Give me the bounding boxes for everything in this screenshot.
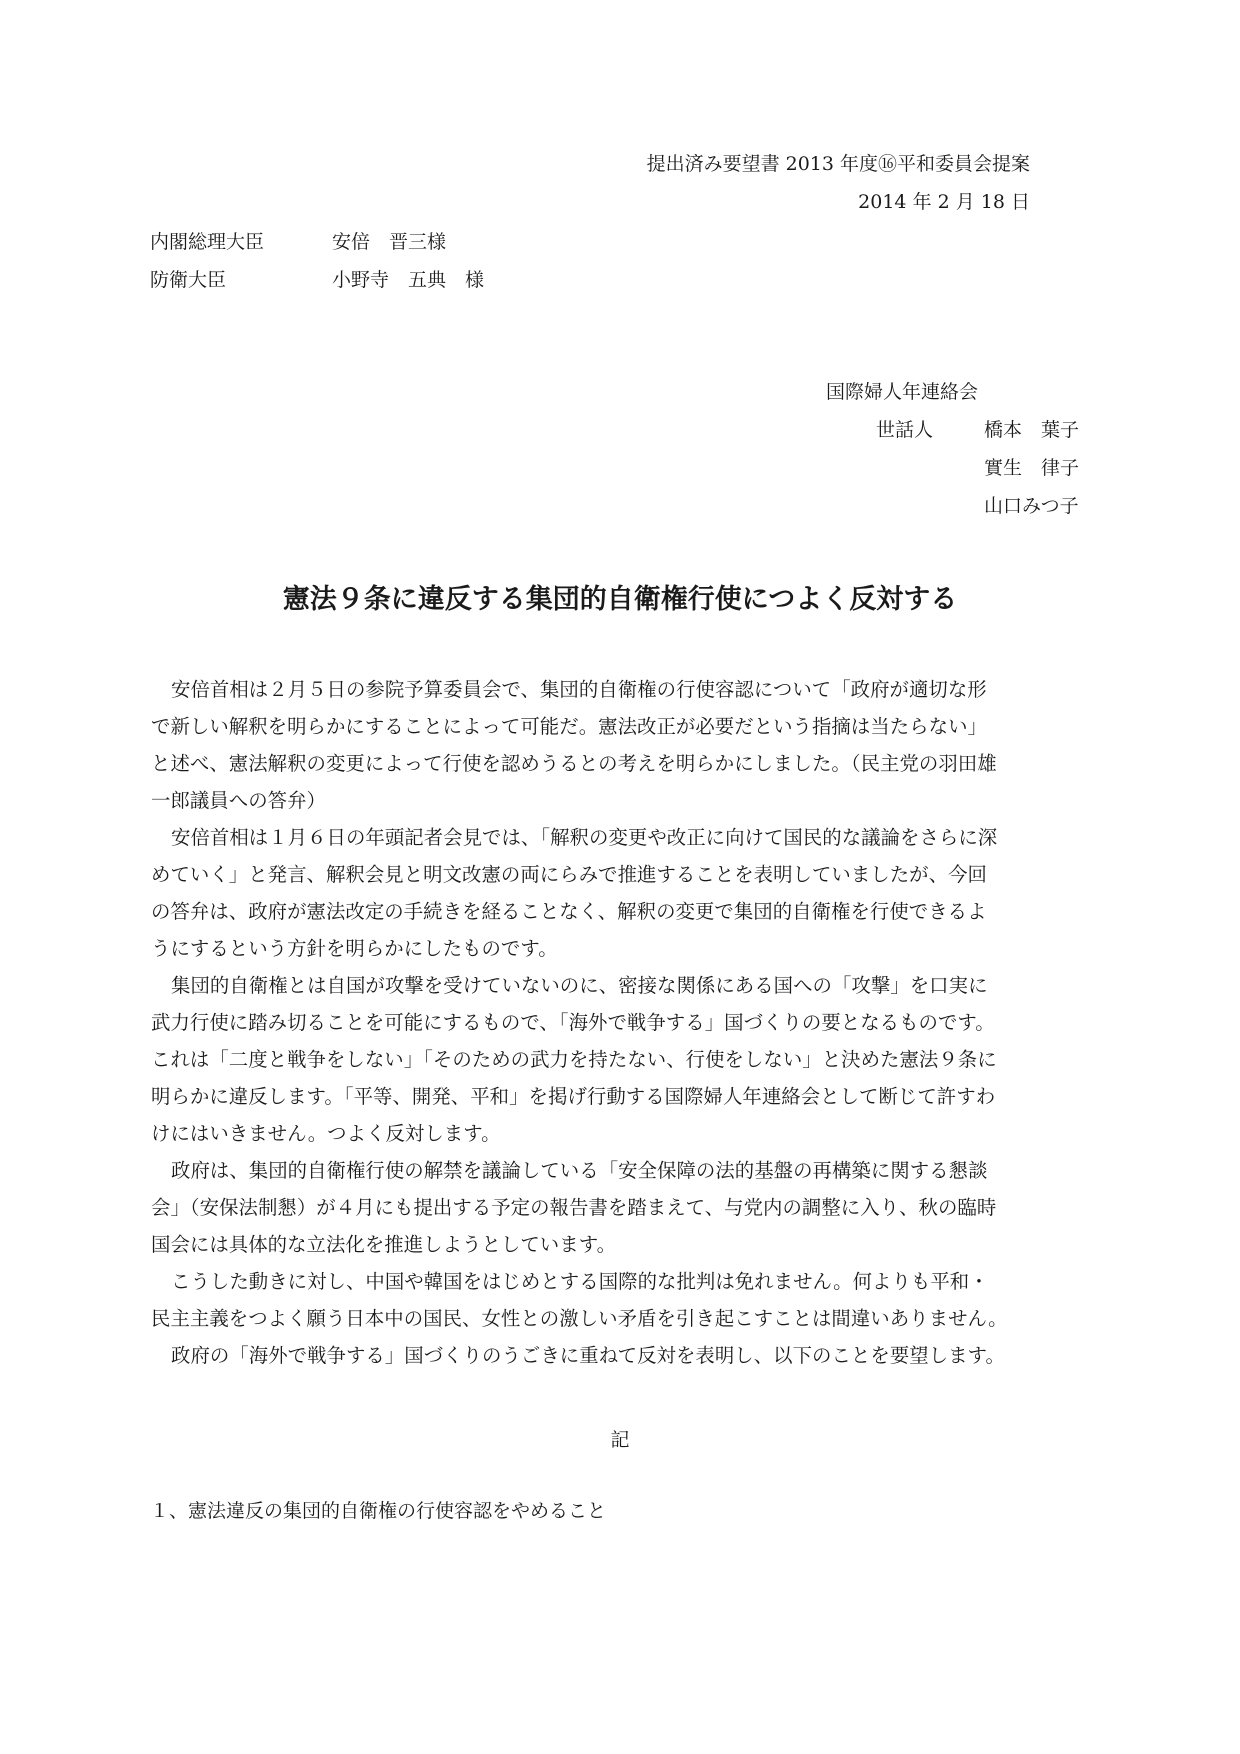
document-page: 提出済み要望書 2013 年度⑯平和委員会提案 2014 年 2 月 18 日 … [0, 0, 1240, 1754]
sender-organization: 国際婦人年連絡会 [826, 378, 978, 406]
recipient-name: 安倍 晋三様 [332, 228, 446, 256]
body-line: 一郎議員への答弁） [151, 787, 1101, 815]
body-line: けにはいきません。つよく反対します。 [151, 1120, 1101, 1148]
body-line: 集団的自衛権とは自国が攻撃を受けていないのに、密接な関係にある国への「攻撃」を口… [151, 972, 1121, 1000]
recipient-name: 小野寺 五典 様 [332, 266, 484, 294]
body-line: 政府の「海外で戦争する」国づくりのうごきに重ねて反対を表明し、以下のことを要望し… [151, 1342, 1121, 1370]
body-line: 政府は、集団的自衛権行使の解禁を議論している「安全保障の法的基盤の再構築に関する… [151, 1157, 1121, 1185]
recipient-title: 防衛大臣 [150, 266, 226, 294]
body-line: 武力行使に踏み切ることを可能にするもので、「海外で戦争する」国づくりの要となるも… [151, 1009, 1101, 1037]
body-line: 国会には具体的な立法化を推進しようとしています。 [151, 1231, 1101, 1259]
body-line: うにするという方針を明らかにしたものです。 [151, 935, 1101, 963]
body-line: こうした動きに対し、中国や韓国をはじめとする国際的な批判は免れません。何よりも平… [151, 1268, 1121, 1296]
demand-item: １、憲法違反の集団的自衛権の行使容認をやめること [150, 1497, 606, 1525]
body-line: 民主主義をつよく願う日本中の国民、女性との激しい矛盾を引き起こすことは間違いあり… [151, 1305, 1101, 1333]
recipient-title: 内閣総理大臣 [150, 228, 264, 256]
body-line: で新しい解釈を明らかにすることによって可能だ。憲法改正が必要だという指摘は当たら… [151, 713, 1101, 741]
sender-member: 橋本 葉子 [984, 416, 1079, 444]
body-line: これは「二度と戦争をしない」「そのための武力を持たない、行使をしない」と決めた憲… [151, 1046, 1101, 1074]
body-line: と述べ、憲法解釈の変更によって行使を認めうるとの考えを明らかにしました。（民主党… [151, 750, 1101, 778]
record-heading: 記 [0, 1426, 1240, 1454]
sender-role: 世話人 [876, 416, 933, 444]
body-line: 明らかに違反します。「平等、開発、平和」を掲げ行動する国際婦人年連絡会として断じ… [151, 1083, 1101, 1111]
document-reference: 提出済み要望書 2013 年度⑯平和委員会提案 [500, 150, 1030, 178]
body-line: 安倍首相は１月６日の年頭記者会見では、「解釈の変更や改正に向けて国民的な議論をさ… [151, 824, 1121, 852]
body-line: 会」（安保法制懇）が４月にも提出する予定の報告書を踏まえて、与党内の調整に入り、… [151, 1194, 1101, 1222]
sender-member: 實生 律子 [984, 454, 1079, 482]
body-line: めていく」と発言、解釈会見と明文改憲の両にらみで推進することを表明していましたが… [151, 861, 1101, 889]
body-line: 安倍首相は２月５日の参院予算委員会で、集団的自衛権の行使容認について「政府が適切… [151, 676, 1121, 704]
sender-member: 山口みつ子 [984, 492, 1079, 520]
document-date: 2014 年 2 月 18 日 [700, 188, 1030, 216]
body-line: の答弁は、政府が憲法改定の手続きを経ることなく、解釈の変更で集団的自衛権を行使で… [151, 898, 1101, 926]
document-title: 憲法９条に違反する集団的自衛権行使につよく反対する [0, 580, 1240, 620]
